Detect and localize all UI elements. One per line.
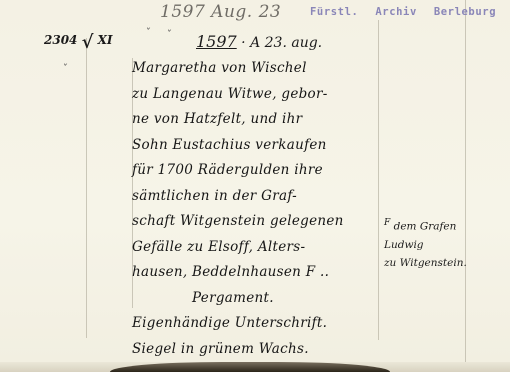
archive-stamp: Fürstl. Archiv Berleburg [310, 6, 506, 18]
tick-mark-icon: ˇ [145, 28, 150, 39]
body-line: Gefälle zu Elsoff, Alters- [132, 235, 402, 261]
body-line: Sohn Eustachius verkaufen [132, 133, 402, 159]
body-line: ne von Hatzfelt, und ihr [132, 107, 402, 133]
stamp-word: Berleburg [434, 6, 496, 18]
margin-rule-left [86, 38, 87, 338]
body-line: Siegel in grünem Wachs. [132, 337, 402, 363]
body-line: Eigenhändige Unterschrift. [132, 311, 402, 337]
side-note: F dem Grafen Ludwig zu Witgenstein. [384, 214, 484, 272]
handwritten-body: Margaretha von Wischel zu Langenau Witwe… [132, 56, 402, 362]
body-line: schaft Witgenstein gelegenen [132, 209, 402, 235]
date-year: 1597 [196, 32, 237, 51]
body-line: hausen, Beddelnhausen F .. [132, 260, 402, 286]
body-line: für 1700 Rädergulden ihre [132, 158, 402, 184]
archive-index-card: 1597 Aug. 23 Fürstl. Archiv Berleburg 23… [0, 0, 510, 362]
stamp-word: Fürstl. [310, 6, 358, 18]
checkmark-icon: √ [82, 32, 94, 53]
body-line-material: Pergament. [132, 286, 402, 312]
margin-reference: 2304 √ XI [44, 28, 113, 49]
reference-number: 2304 [44, 33, 77, 47]
margin-rule-far-right [465, 0, 466, 362]
roman-numeral: XI [98, 33, 113, 47]
tick-mark-icon: ˇ [166, 30, 171, 41]
body-line: Margaretha von Wischel [132, 56, 402, 82]
document-date: 1597 · A 23. aug. [196, 32, 322, 51]
footnote-marker: F [384, 218, 390, 228]
tick-mark-icon: ˇ [62, 64, 67, 75]
stamp-word: Archiv [375, 6, 417, 18]
side-note-line: zu Witgenstein. [384, 257, 467, 269]
body-line: sämtlichen in der Graf- [132, 184, 402, 210]
date-day: A 23. aug. [250, 35, 322, 51]
date-separator: · [241, 35, 245, 51]
side-note-line: dem Grafen Ludwig [384, 221, 456, 251]
body-line: zu Langenau Witwe, gebor- [132, 82, 402, 108]
pencil-date-header: 1597 Aug. 23 [160, 2, 281, 22]
card-shadow [110, 362, 390, 372]
